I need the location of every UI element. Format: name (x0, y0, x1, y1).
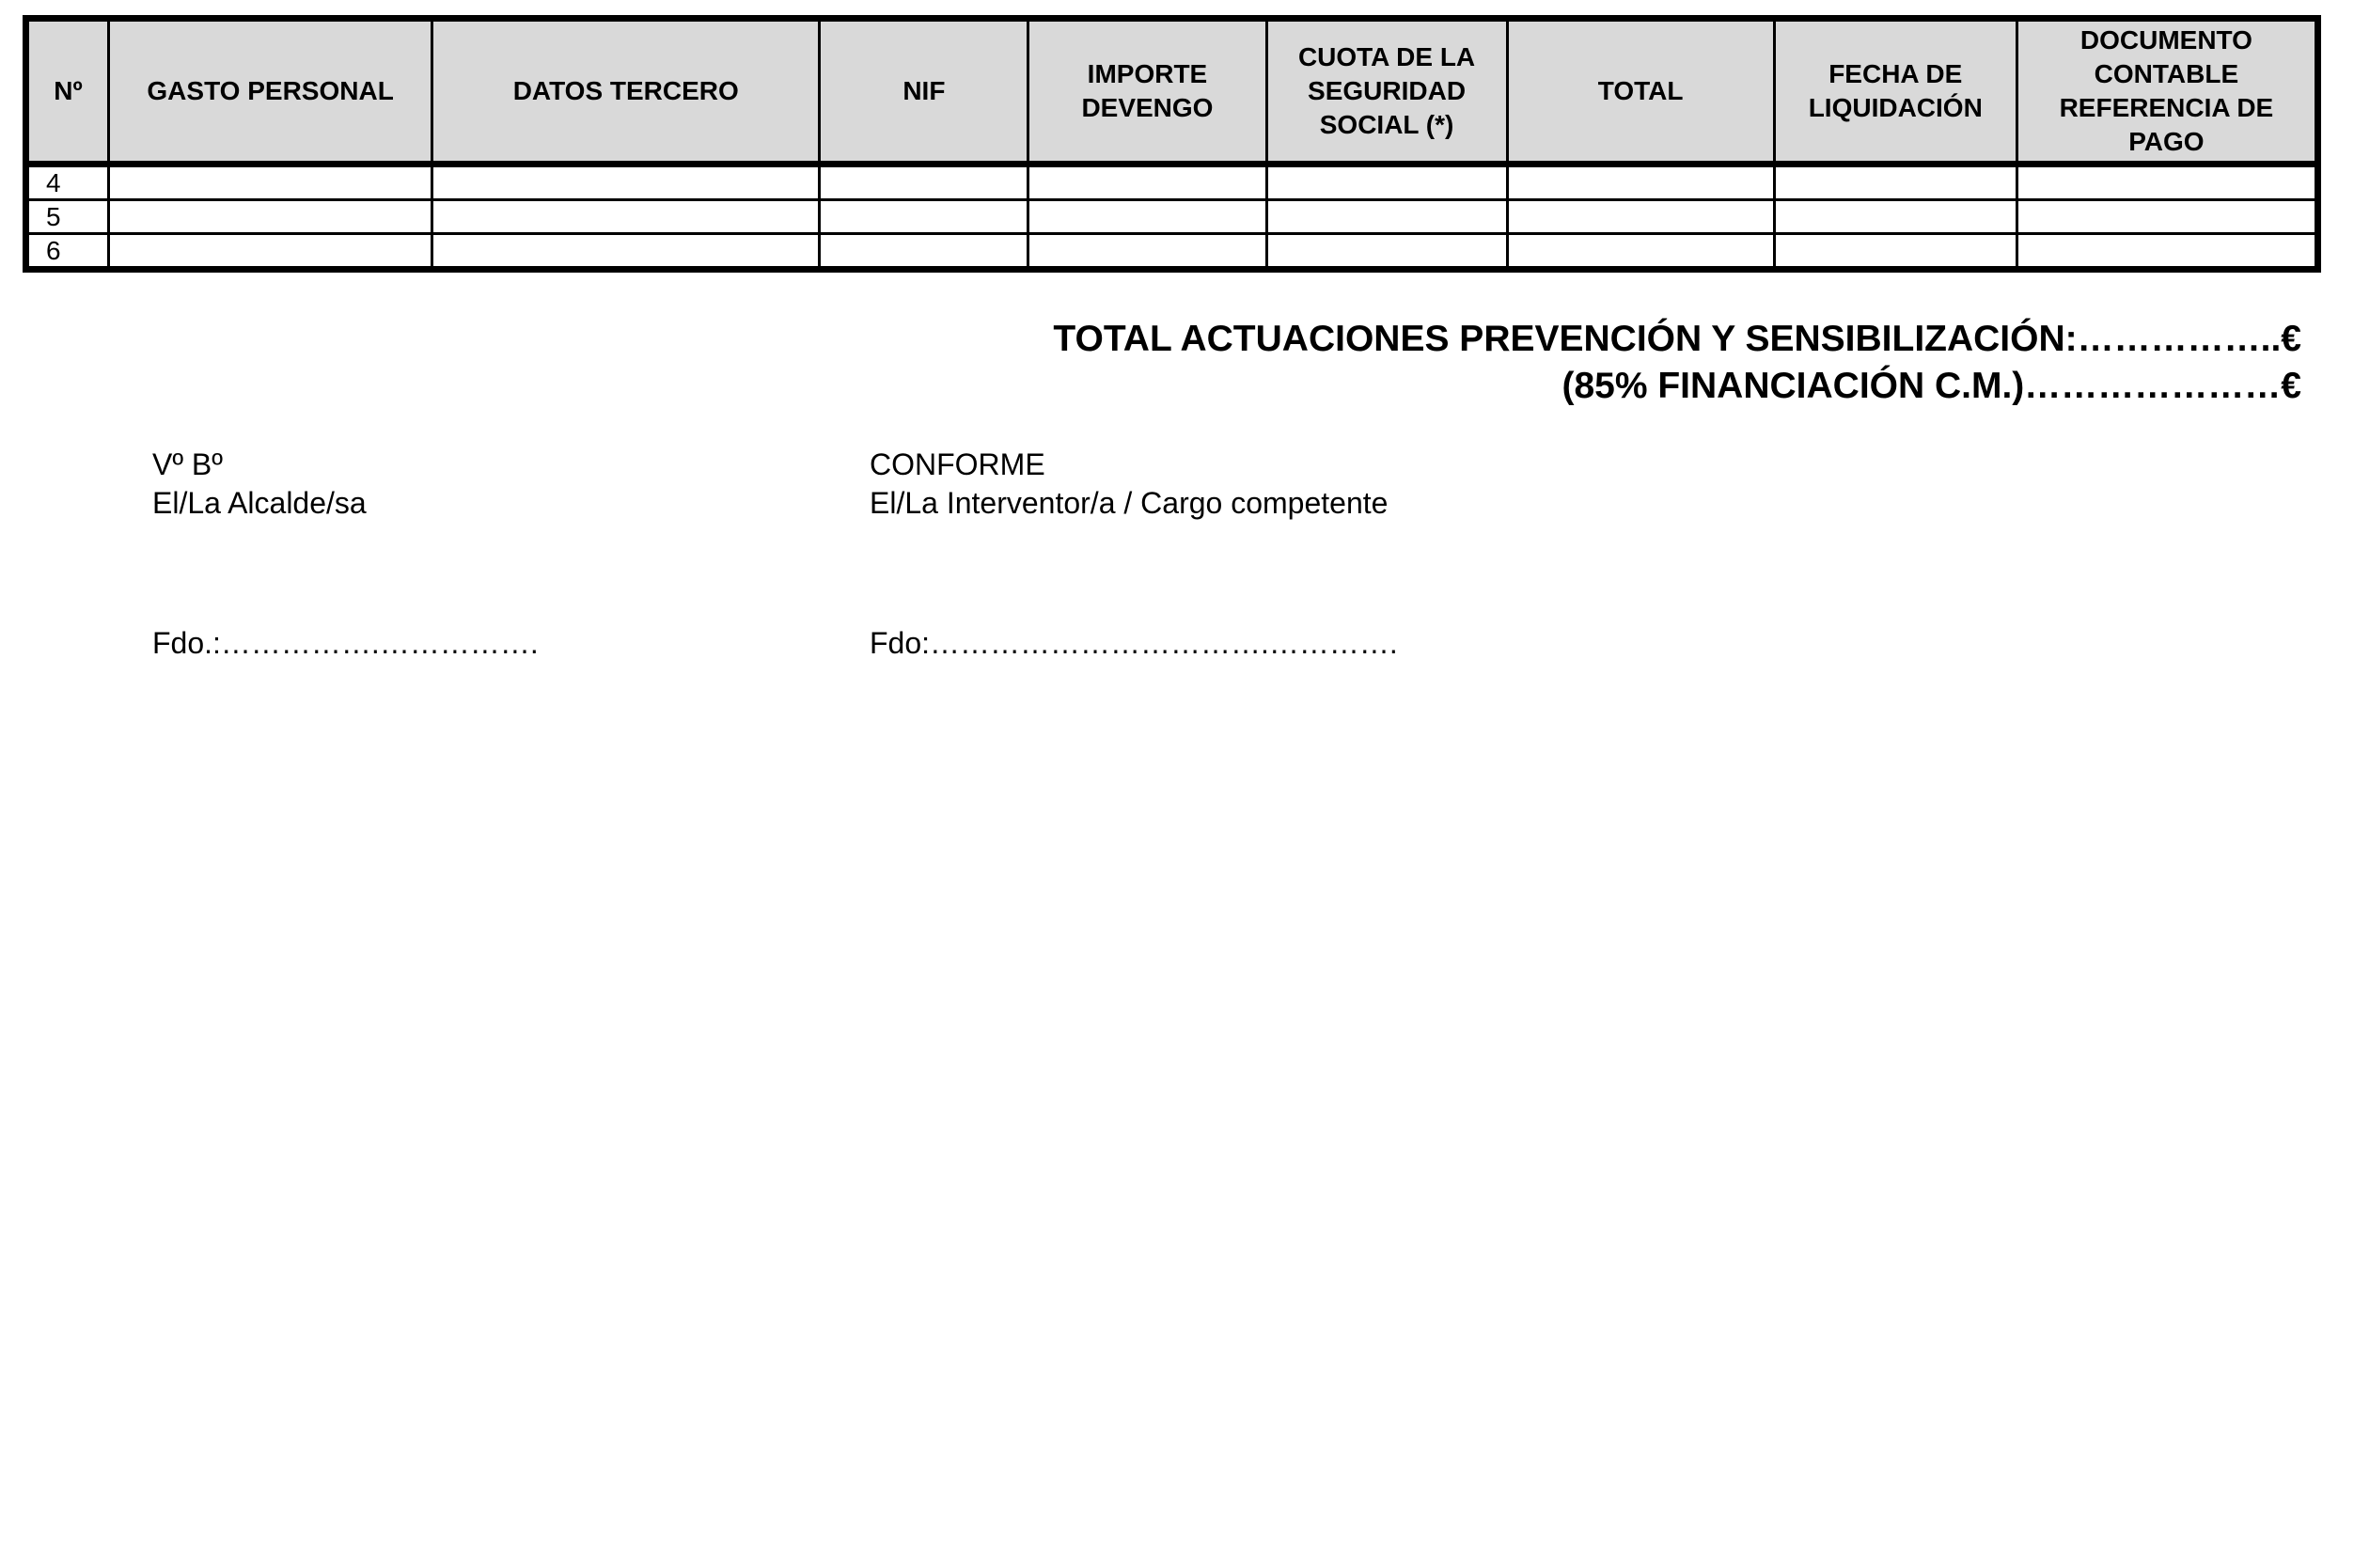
expense-table: Nº GASTO PERSONAL DATOS TERCERO NIF IMPO… (23, 15, 2321, 273)
cell-importe-devengo[interactable] (1028, 200, 1266, 234)
cell-total[interactable] (1507, 234, 1774, 270)
cell-total[interactable] (1507, 200, 1774, 234)
header-fecha-liquidacion: FECHA DE LIQUIDACIÓN (1774, 19, 2017, 165)
table-row: 4 (26, 165, 2318, 200)
cell-fecha-liquidacion[interactable] (1774, 200, 2017, 234)
cell-importe-devengo[interactable] (1028, 234, 1266, 270)
signature-line[interactable]: Fdo:…………………………….…………. (870, 624, 1398, 663)
header-gasto-personal: GASTO PERSONAL (109, 19, 432, 165)
header-total: TOTAL (1507, 19, 1774, 165)
row-number: 6 (26, 234, 109, 270)
header-cuota-seguridad-social: CUOTA DE LA SEGURIDAD SOCIAL (*) (1266, 19, 1507, 165)
header-n: Nº (26, 19, 109, 165)
cell-cuota-seguridad-social[interactable] (1266, 200, 1507, 234)
cell-fecha-liquidacion[interactable] (1774, 165, 2017, 200)
row-number: 5 (26, 200, 109, 234)
cell-datos-tercero[interactable] (432, 165, 820, 200)
table-row: 5 (26, 200, 2318, 234)
row-number: 4 (26, 165, 109, 200)
signature-title: CONFORME (870, 446, 1388, 484)
signature-title: Vº Bº (152, 446, 367, 484)
totals-block: TOTAL ACTUACIONES PREVENCIÓN Y SENSIBILI… (1053, 316, 2301, 410)
cell-documento-contable[interactable] (2017, 200, 2317, 234)
cell-total[interactable] (1507, 165, 1774, 200)
cell-gasto-personal[interactable] (109, 165, 432, 200)
table-header-row: Nº GASTO PERSONAL DATOS TERCERO NIF IMPO… (26, 19, 2318, 165)
header-importe-devengo: IMPORTE DEVENGO (1028, 19, 1266, 165)
cell-fecha-liquidacion[interactable] (1774, 234, 2017, 270)
header-documento-contable: DOCUMENTO CONTABLE REFERENCIA DE PAGO (2017, 19, 2317, 165)
signature-role: El/La Interventor/a / Cargo competente (870, 484, 1388, 523)
cell-cuota-seguridad-social[interactable] (1266, 234, 1507, 270)
total-actuaciones-line: TOTAL ACTUACIONES PREVENCIÓN Y SENSIBILI… (1053, 316, 2301, 363)
cell-nif[interactable] (820, 165, 1028, 200)
cell-datos-tercero[interactable] (432, 234, 820, 270)
table-row: 6 (26, 234, 2318, 270)
header-datos-tercero: DATOS TERCERO (432, 19, 820, 165)
cell-documento-contable[interactable] (2017, 234, 2317, 270)
cell-cuota-seguridad-social[interactable] (1266, 165, 1507, 200)
signature-role: El/La Alcalde/sa (152, 484, 367, 523)
signature-block-alcalde: Vº Bº El/La Alcalde/sa Fdo.:…………….……………. (152, 446, 367, 523)
signature-block-interventor: CONFORME El/La Interventor/a / Cargo com… (870, 446, 1388, 523)
cell-datos-tercero[interactable] (432, 200, 820, 234)
financiacion-line: (85% FINANCIACIÓN C.M.)…………………€ (1053, 363, 2301, 410)
cell-importe-devengo[interactable] (1028, 165, 1266, 200)
cell-gasto-personal[interactable] (109, 200, 432, 234)
header-nif: NIF (820, 19, 1028, 165)
cell-documento-contable[interactable] (2017, 165, 2317, 200)
cell-nif[interactable] (820, 234, 1028, 270)
cell-gasto-personal[interactable] (109, 234, 432, 270)
signature-line[interactable]: Fdo.:…………….……………. (152, 624, 539, 663)
cell-nif[interactable] (820, 200, 1028, 234)
